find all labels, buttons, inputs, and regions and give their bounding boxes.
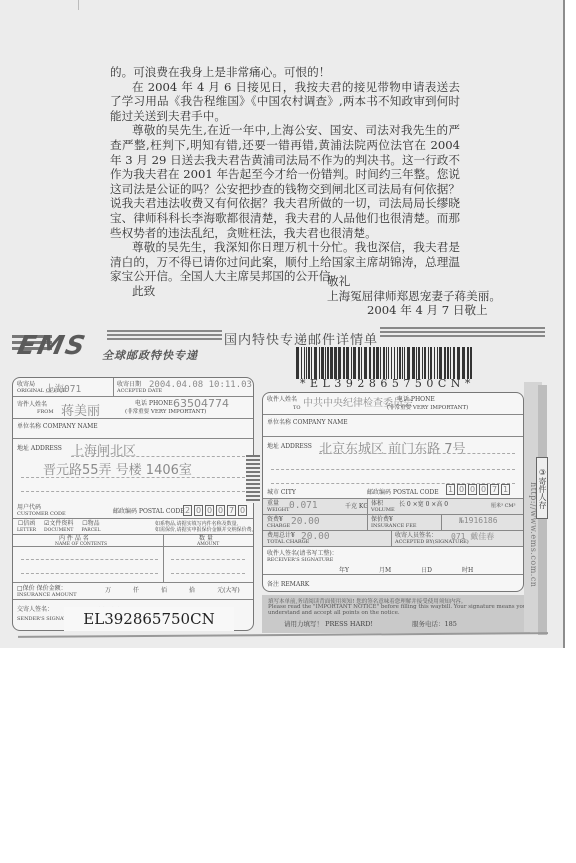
- recipient-address-value: 北京东城区 前门东路 7号: [319, 438, 466, 457]
- receiver-signature-label: 收件人签名(请书写工整)：: [267, 550, 338, 557]
- sender-signature-label: 交寄人签名：: [17, 606, 53, 613]
- remark-label: 备注 REMARK: [267, 581, 309, 588]
- insurance-fee-label: 保价费¥: [371, 516, 393, 523]
- barcode-bar: [314, 347, 317, 379]
- barcode-bar: [308, 347, 310, 379]
- barcode-bar: [364, 347, 367, 379]
- barcode-bar: [321, 347, 324, 379]
- barcode-bar: [439, 347, 442, 379]
- recipient-company-label: 单位名称 COMPANY NAME: [267, 419, 348, 426]
- weight-label-en: WEIGHT: [267, 507, 289, 514]
- origin-office-label: 收寄局: [17, 381, 35, 388]
- ems-waybill: EMS 全球邮政特快专递 国内特快专递邮件详情单 *EL392865750CN*…: [4, 325, 544, 645]
- sender-address-block: 地址 ADDRESS 上海闸北区 晋元路55弄 号楼 1406室: [13, 439, 253, 503]
- barcode-bar: [373, 347, 375, 379]
- customer-code-row: 用户代码 CUSTOMER CODE 邮政编码 POSTAL CODE 2000…: [13, 503, 253, 519]
- barcode-bar: [391, 347, 392, 379]
- content-note-2: 如需保价,请据实申报保价金额并交纳保价费。: [155, 527, 254, 534]
- contents-header-row: 内 件 品 名 NAME OF CONTENTS 数 量 AMOUNT: [13, 535, 253, 547]
- barcode-bar: [424, 347, 426, 379]
- weight-row: 重量 WEIGHT 0.071 千克 KG 体积 VOLUME 长 0 ×宽 0…: [263, 499, 523, 515]
- barcode-bar: [361, 347, 362, 379]
- recipient-postal-code: 100071: [446, 484, 510, 495]
- closing-salute: 敬礼: [327, 274, 501, 289]
- closing-signature: 上海冤屈律师郑恩宠妻子蒋美丽。: [327, 289, 501, 304]
- insurance-unit: 万: [105, 585, 111, 594]
- postal-digit: 1: [446, 484, 455, 495]
- from-row: 寄件人姓名 FROM 蒋美丽 电话 PHONE 63504774 (非常重要 V…: [13, 397, 253, 419]
- total-row: 费用总计¥ TOTAL CHARGE 20.00 收寄人员签名： ACCEPTE…: [263, 531, 523, 547]
- sender-panel: 收寄局 ORIGINAL OFFICE 上海071 收寄日期 ACCEPTED …: [12, 377, 254, 631]
- sender-address-label: 地址 ADDRESS: [17, 445, 62, 452]
- total-label: 费用总计¥: [267, 532, 295, 539]
- recipient-phone-note: (非常重要 VERY IMPORTANT): [387, 405, 468, 412]
- customer-code-label-en: CUSTOMER CODE: [17, 511, 66, 518]
- weight-unit: 千克 KG: [345, 503, 368, 510]
- letter-paragraph: 在 2004 年 4 月 6 日接见日，我按夫君的接见带物申请表送去了学习用品《…: [110, 80, 460, 124]
- origin-row: 收寄局 ORIGINAL OFFICE 上海071 收寄日期 ACCEPTED …: [13, 378, 253, 397]
- barcode-bar: [434, 347, 435, 379]
- recipient-panel: 收件人姓名 TO 中共中央纪律检查委员会 电话 PHONE (非常重要 VERY…: [262, 392, 524, 592]
- sender-postal-label: 邮政编码 POSTAL CODE: [113, 508, 185, 515]
- barcode-bar: [306, 347, 307, 379]
- tracking-number: EL392865750CN: [64, 607, 234, 631]
- date-unit: 日D: [421, 565, 432, 574]
- sender-company-label: 单位名称 COMPANY NAME: [17, 423, 98, 430]
- charge-row: 资费¥ CHARGE 20.00 保价费¥ INSURANCE FEE №191…: [263, 515, 523, 531]
- barcode-bar: [388, 347, 389, 379]
- header-stripes: [107, 330, 222, 342]
- scanned-page: 的。可浪费在我身上是非常痛心。可恨的！ 在 2004 年 4 月 6 日接见日，…: [0, 0, 565, 648]
- barcode-bar: [330, 347, 333, 379]
- barcode-bar: [369, 347, 371, 379]
- barcode-bar: [453, 347, 455, 379]
- insurance-label: □保价 保价金额：: [17, 585, 67, 592]
- letter-paragraph: 的。可浪费在我身上是非常痛心。可恨的！: [110, 65, 460, 80]
- from-value: 蒋美丽: [61, 400, 100, 419]
- insurance-unit: 元(大写): [217, 585, 240, 594]
- accepted-by-label: 收寄人员签名：: [395, 532, 437, 539]
- press-hard: 请用力填写！ PRESS HARD!: [284, 619, 373, 628]
- barcode-bar: [450, 347, 451, 379]
- barcode-bar: [358, 347, 360, 379]
- insurance-unit: 拾: [189, 585, 195, 594]
- barcode-bar: [304, 347, 305, 379]
- volume-unit: 厘米³ CM³: [491, 503, 516, 510]
- barcode-bar: [319, 347, 320, 379]
- letter-paragraph: 尊敬的吴先生,在近一年中,上海公安、国安、司法对我先生的严查严整,枉判下,明知有…: [110, 123, 460, 240]
- contents-body: [13, 547, 253, 583]
- insurance-unit: 仟: [133, 585, 139, 594]
- content-type-row: ☐信函LETTER☑文件资料DOCUMENT☐物品PARCEL 如系物品,请据实…: [13, 519, 253, 535]
- content-type-option[interactable]: ☐信函LETTER: [17, 520, 36, 534]
- accepted-date-value: 2004.04.08 10:11.03: [149, 380, 252, 390]
- barcode-bar: [418, 347, 420, 379]
- barcode-bar: [470, 347, 472, 379]
- barcode-bar: [397, 347, 398, 379]
- barcode-bar: [447, 347, 449, 379]
- closing-date: 2004 年 4 月 7 日敬上: [327, 303, 501, 318]
- postal-digit: 7: [490, 484, 499, 495]
- barcode-text: *EL392865750CN*: [300, 377, 475, 390]
- date-unit: 时H: [462, 565, 473, 574]
- postal-digit: 0: [238, 505, 247, 516]
- barcode-bar: [457, 347, 460, 379]
- barcode-bar: [380, 347, 381, 379]
- barcode-bar: [296, 347, 299, 379]
- barcode-bar: [301, 347, 302, 379]
- service-phone: 服务电话：185: [412, 619, 457, 628]
- form-title: 国内特快专递邮件详情单: [224, 329, 378, 348]
- sender-address-line2: 晋元路55弄 号楼 1406室: [43, 459, 192, 478]
- postal-digit: 0: [457, 484, 466, 495]
- postal-digit: 0: [216, 505, 225, 516]
- date-unit: 年Y: [339, 565, 349, 574]
- postal-digit: 0: [205, 505, 214, 516]
- barcode-bar: [437, 347, 438, 379]
- volume-value: 长 0 ×宽 0 ×高 0: [399, 501, 448, 508]
- to-label-en: TO: [293, 405, 300, 412]
- postal-digit: 0: [194, 505, 203, 516]
- ems-slogan: 全球邮政特快专递: [102, 347, 198, 363]
- sender-phone-label: 电话 PHONE: [135, 400, 173, 407]
- weight-value: 0.071: [289, 500, 318, 511]
- barcode-bar: [462, 347, 465, 379]
- postal-digit: 1: [501, 484, 510, 495]
- barcode-bar: [412, 347, 415, 379]
- from-label-en: FROM: [37, 409, 53, 416]
- sender-company-row: 单位名称 COMPANY NAME: [13, 419, 253, 439]
- accepted-by-value: 071 戴佳春: [451, 531, 494, 542]
- copy-label: ③寄件人存: [536, 457, 548, 519]
- scan-mark: [78, 0, 79, 10]
- content-type-option[interactable]: ☐物品PARCEL: [81, 520, 100, 534]
- letter-body: 的。可浪费在我身上是非常痛心。可恨的！ 在 2004 年 4 月 6 日接见日，…: [110, 65, 460, 299]
- barcode-bar: [386, 347, 387, 379]
- barcode-bar: [444, 347, 446, 379]
- barcode: [296, 347, 476, 379]
- insurance-fee-label-en: INSURANCE FEE: [371, 523, 417, 530]
- barcode-bar: [399, 347, 401, 379]
- insurance-row: □保价 保价金额： INSURANCE AMOUNT 万仟佰拾元(大写): [13, 583, 253, 600]
- ems-logo: EMS: [15, 331, 90, 361]
- form-bottom-edge: [18, 632, 548, 638]
- barcode-bar: [394, 347, 395, 379]
- letter-closing: 敬礼 上海冤屈律师郑恩宠妻子蒋美丽。 2004 年 4 月 7 日敬上: [327, 274, 501, 318]
- barcode-bar: [422, 347, 423, 379]
- receiver-date-units: 年Y月M日D时H: [339, 565, 473, 574]
- postal-digit: 0: [479, 484, 488, 495]
- customer-code-label: 用户代码: [17, 504, 41, 511]
- insurance-label-en: INSURANCE AMOUNT: [17, 592, 77, 599]
- charge-label: 资费¥: [267, 516, 283, 523]
- recipient-address-label: 地址 ADDRESS: [267, 443, 312, 450]
- barcode-bar: [404, 347, 405, 379]
- insurance-units: 万仟佰拾元(大写): [105, 585, 240, 594]
- origin-office-value: 上海071: [45, 381, 81, 395]
- postal-digit: 0: [468, 484, 477, 495]
- barcode-bar: [346, 347, 349, 379]
- date-unit: 月M: [379, 565, 391, 574]
- accepted-date-label: 收寄日期: [117, 381, 141, 388]
- barcode-bar: [430, 347, 432, 379]
- barcode-bar: [351, 347, 352, 379]
- notice-band: 填写本单前,务请阅读背面使用须知! 您的签名意味着您理解并接受使用须知内容。 P…: [262, 595, 530, 633]
- to-row: 收件人姓名 TO 中共中央纪律检查委员会 电话 PHONE (非常重要 VERY…: [263, 393, 523, 415]
- barcode-bar: [343, 347, 345, 379]
- weight-label: 重量: [267, 500, 279, 507]
- barcode-bar: [428, 347, 429, 379]
- barcode-bar: [383, 347, 385, 379]
- recipient-phone-label: 电话 PHONE: [397, 396, 435, 403]
- barcode-bar: [327, 347, 329, 379]
- barcode-bar: [353, 347, 356, 379]
- remark-row: 备注 REMARK: [263, 575, 523, 592]
- volume-label-en: VOLUME: [371, 507, 395, 514]
- barcode-bar: [467, 347, 469, 379]
- recipient-postal-label: 邮政编码 POSTAL CODE: [367, 489, 439, 496]
- notice-line-3: understand and accept all points on the …: [268, 610, 400, 616]
- barcode-bar: [402, 347, 403, 379]
- sender-phone-note: (非常重要 VERY IMPORTANT): [125, 409, 206, 416]
- barcode-bar: [338, 347, 341, 379]
- total-value: 20.00: [301, 531, 330, 542]
- insurance-unit: 佰: [161, 585, 167, 594]
- barcode-bar: [407, 347, 410, 379]
- barcode-bar: [334, 347, 337, 379]
- content-type-options: ☐信函LETTER☑文件资料DOCUMENT☐物品PARCEL: [17, 520, 100, 534]
- barcode-bar: [311, 347, 312, 379]
- receiver-signature-label-en: RECEIVER'S SIGNATURE: [267, 557, 333, 564]
- charge-label-en: CHARGE: [267, 523, 290, 530]
- postal-digit: 7: [227, 505, 236, 516]
- volume-label: 体积: [371, 500, 383, 507]
- recipient-address-block: 地址 ADDRESS 北京东城区 前门东路 7号 城市 CITY 邮政编码 PO…: [263, 437, 523, 499]
- sender-postal-code: 200070: [183, 505, 247, 516]
- city-label: 城市 CITY: [267, 489, 296, 496]
- postal-digit: 2: [183, 505, 192, 516]
- divider-stripes: [246, 455, 260, 503]
- charge-value: 20.00: [291, 516, 320, 527]
- recipient-company-row: 单位名称 COMPANY NAME: [263, 415, 523, 437]
- barcode-bar: [325, 347, 326, 379]
- serial-number: №1916186: [459, 516, 498, 525]
- barcode-bar: [376, 347, 379, 379]
- to-label: 收件人姓名: [267, 396, 297, 403]
- content-type-option[interactable]: ☑文件资料DOCUMENT: [44, 520, 73, 534]
- receiver-signature-row: 收件人签名(请书写工整)： RECEIVER'S SIGNATURE 年Y月M日…: [263, 547, 523, 575]
- from-label: 寄件人姓名: [17, 401, 47, 408]
- barcode-bar: [416, 347, 417, 379]
- header-stripes-right: [380, 327, 545, 339]
